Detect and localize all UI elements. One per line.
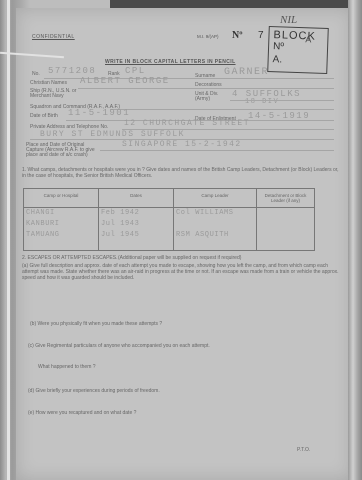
question-c: (c) Give Regimental particulars of anyon… xyxy=(28,343,210,349)
rule xyxy=(122,129,334,130)
rank-value: CPL xyxy=(125,66,146,76)
binding-string xyxy=(7,0,10,480)
ship-label: Ship (R.N., U.S.N. or Merchant Navy xyxy=(30,89,80,99)
dob-label: Date of Birth xyxy=(30,113,58,119)
question-c-followup: What happened to them ? xyxy=(38,364,96,370)
address-value-2: BURY ST EDMUNDS SUFFOLK xyxy=(40,130,185,139)
stamp-block-letter: A xyxy=(305,34,311,44)
camp-leader xyxy=(176,219,254,230)
christian-names-value: ALBERT GEORGE xyxy=(80,76,170,86)
stamp-letter: A. xyxy=(272,54,282,65)
col-camp-leader: Camp Leader xyxy=(174,189,257,208)
camp-name: CHANGI xyxy=(26,208,96,219)
camp-name: TAMUANG xyxy=(26,230,96,241)
col-dates: Dates xyxy=(99,189,174,208)
christian-names-label: Christian Names xyxy=(30,80,67,86)
rule xyxy=(100,150,334,151)
capture-label: Place and Date of Original Capture (Airc… xyxy=(26,143,96,158)
camp-dates: Jul 1945 xyxy=(101,230,171,241)
leader-cell: Col WILLIAMS RSM ASQUITH xyxy=(174,208,257,251)
table-row: CHANGI KANBURI TAMUANG Feb 1942 Jul 1943… xyxy=(24,208,315,251)
col-camp: Camp or Hospital xyxy=(24,189,99,208)
question-d: (d) Give briefly your experiences during… xyxy=(28,388,160,394)
camps-table: Camp or Hospital Dates Camp Leader Detac… xyxy=(23,188,315,251)
pto-footer: P.T.O. xyxy=(297,447,310,453)
section1-question: 1. What camps, detachments or hospitals … xyxy=(22,167,340,179)
scan-edge xyxy=(110,0,360,8)
number-value: 7 xyxy=(258,30,264,41)
capture-value: SINGAPORE 15-2-1942 xyxy=(122,140,242,149)
camp-name: KANBURI xyxy=(26,219,96,230)
question-b: (b) Were you physically fit when you mad… xyxy=(30,321,162,327)
form-number: M.I. 9/(AP) xyxy=(197,34,219,39)
classification-label: CONFIDENTIAL xyxy=(32,34,75,40)
unit-label: Unit & Div. (Army) xyxy=(195,92,225,102)
rule xyxy=(110,109,334,110)
address-value-1: 12 CHURCHGATE STREET xyxy=(124,119,250,128)
nil-annotation: NIL xyxy=(280,14,297,26)
table-header-row: Camp or Hospital Dates Camp Leader Detac… xyxy=(24,189,315,208)
dob-value: 11-5-1901 xyxy=(68,108,130,118)
instruction-heading: WRITE IN BLOCK CAPITAL LETTERS IN PENCIL xyxy=(105,59,236,65)
camps-cell: CHANGI KANBURI TAMUANG xyxy=(24,208,99,251)
stamp-no: Nº xyxy=(273,41,284,52)
block-leader-cell xyxy=(257,208,315,251)
dates-cell: Feb 1942 Jul 1943 Jul 1945 xyxy=(99,208,174,251)
question-e: (e) How were you recaptured and on what … xyxy=(28,410,136,416)
surname-value: GARNER xyxy=(224,67,269,78)
number-label: Nº xyxy=(232,30,243,41)
section2-heading: 2. ESCAPES OR ATTEMPTED ESCAPES. xyxy=(22,255,118,261)
question-a: (a) Give full description and approx. da… xyxy=(22,263,340,281)
section2-note: (Additional paper will be supplied on re… xyxy=(118,255,241,261)
camp-leader: Col WILLIAMS xyxy=(176,208,254,219)
no-value: 5771208 xyxy=(48,66,96,76)
camp-leader: RSM ASQUITH xyxy=(176,230,254,241)
col-block-leader: Detachment or Block Leader (if any) xyxy=(257,189,315,208)
no-label: No. xyxy=(32,71,40,77)
block-stamp: BLOCK Nº A. A xyxy=(267,26,329,74)
page-edge xyxy=(348,0,362,480)
camp-dates: Jul 1943 xyxy=(101,219,171,230)
camp-dates: Feb 1942 xyxy=(101,208,171,219)
rule xyxy=(230,100,334,101)
